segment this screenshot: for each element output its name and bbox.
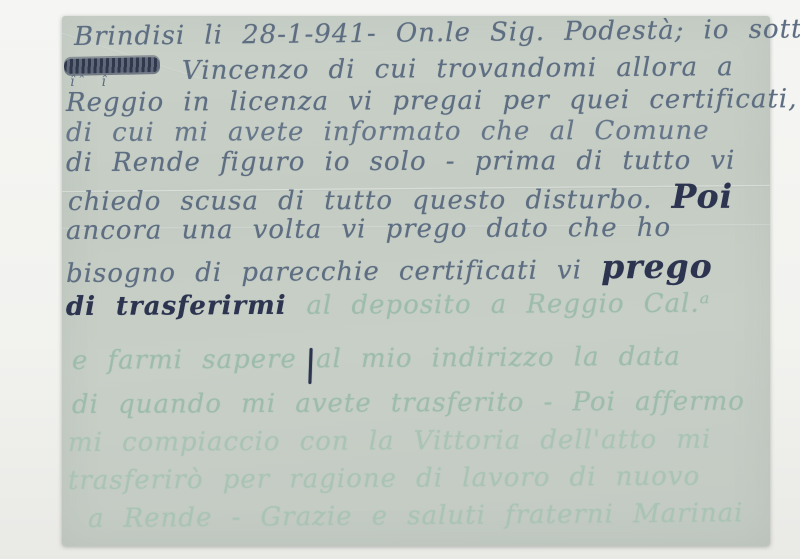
handwriting-text: chiedo scusa di tutto questo disturbo. [68, 185, 672, 217]
scan-background: Brindisi li 28-1-941- On.le Sig. Podestà… [0, 0, 800, 559]
handwriting-text: bisogno di parecchie certificati vi [66, 255, 601, 289]
handwriting-text-faded: trasferirò per ragione di lavoro di nuov… [68, 462, 700, 496]
handwriting-text-faded: e farmi sapere al mio indirizzo la data [72, 342, 681, 376]
handwriting-line-12: mi compiaccio con la Vittoria dell'atto … [68, 427, 711, 456]
handwriting-text: ancora una volta vi prego dato che ho [66, 213, 671, 246]
handwriting-line-13: trasferirò per ragione di lavoro di nuov… [68, 464, 700, 494]
handwriting-line-8: bisogno di parecchie certificati vi preg… [66, 249, 713, 287]
postcard-paper: Brindisi li 28-1-941- On.le Sig. Podestà… [62, 16, 770, 546]
handwriting-line-7: ancora una volta vi prego dato che ho [66, 215, 671, 244]
handwriting-text: Vincenzo di cui trovandomi allora a [182, 52, 734, 86]
handwriting-text-faded: a Rende - Grazie e saluti fraterni Marin… [88, 498, 744, 534]
handwriting-text: di Rende figuro io solo - prima di tutto… [66, 146, 735, 178]
handwriting-line-10: e farmi sapere al mio indirizzo la data [72, 344, 681, 374]
handwriting-text-dark: Poi [672, 177, 734, 216]
handwriting-line-4: di cui mi avete informato che al Comune [66, 118, 710, 146]
handwriting-line-9: di trasferirmi al deposito a Reggio Cal.… [66, 291, 711, 320]
handwriting-text-faded: al deposito a Reggio Cal.ᵃ [306, 289, 710, 321]
handwriting-line-6: chiedo scusa di tutto questo disturbo. P… [68, 180, 733, 215]
handwriting-text: Brindisi li 28-1-941- On.le Sig. Podestà… [74, 13, 800, 52]
handwriting-line-14: a Rende - Grazie e saluti fraterni Marin… [88, 500, 744, 532]
handwriting-text-dark: prego [601, 246, 713, 286]
handwriting-line-5: di Rende figuro io solo - prima di tutto… [66, 148, 735, 176]
handwriting-line-11: di quando mi avete trasferito - Poi affe… [72, 388, 745, 418]
handwriting-line-1: Brindisi li 28-1-941- On.le Sig. Podestà… [74, 15, 800, 50]
handwriting-text-faded: mi compiaccio con la Vittoria dell'atto … [68, 425, 711, 458]
handwriting-line-3: Reggio in licenza vi pregai per quei cer… [66, 86, 798, 116]
handwriting-text-dark: di trasferirmi [66, 291, 307, 322]
handwriting-text: Reggio in licenza vi pregai per quei cer… [66, 84, 798, 118]
crossed-out-word [64, 57, 160, 74]
handwriting-text: di cui mi avete informato che al Comune [66, 116, 710, 148]
handwriting-text-faded: di quando mi avete trasferito - Poi affe… [72, 386, 745, 420]
handwriting-line-2: Vincenzo di cui trovandomi allora a [182, 54, 734, 84]
